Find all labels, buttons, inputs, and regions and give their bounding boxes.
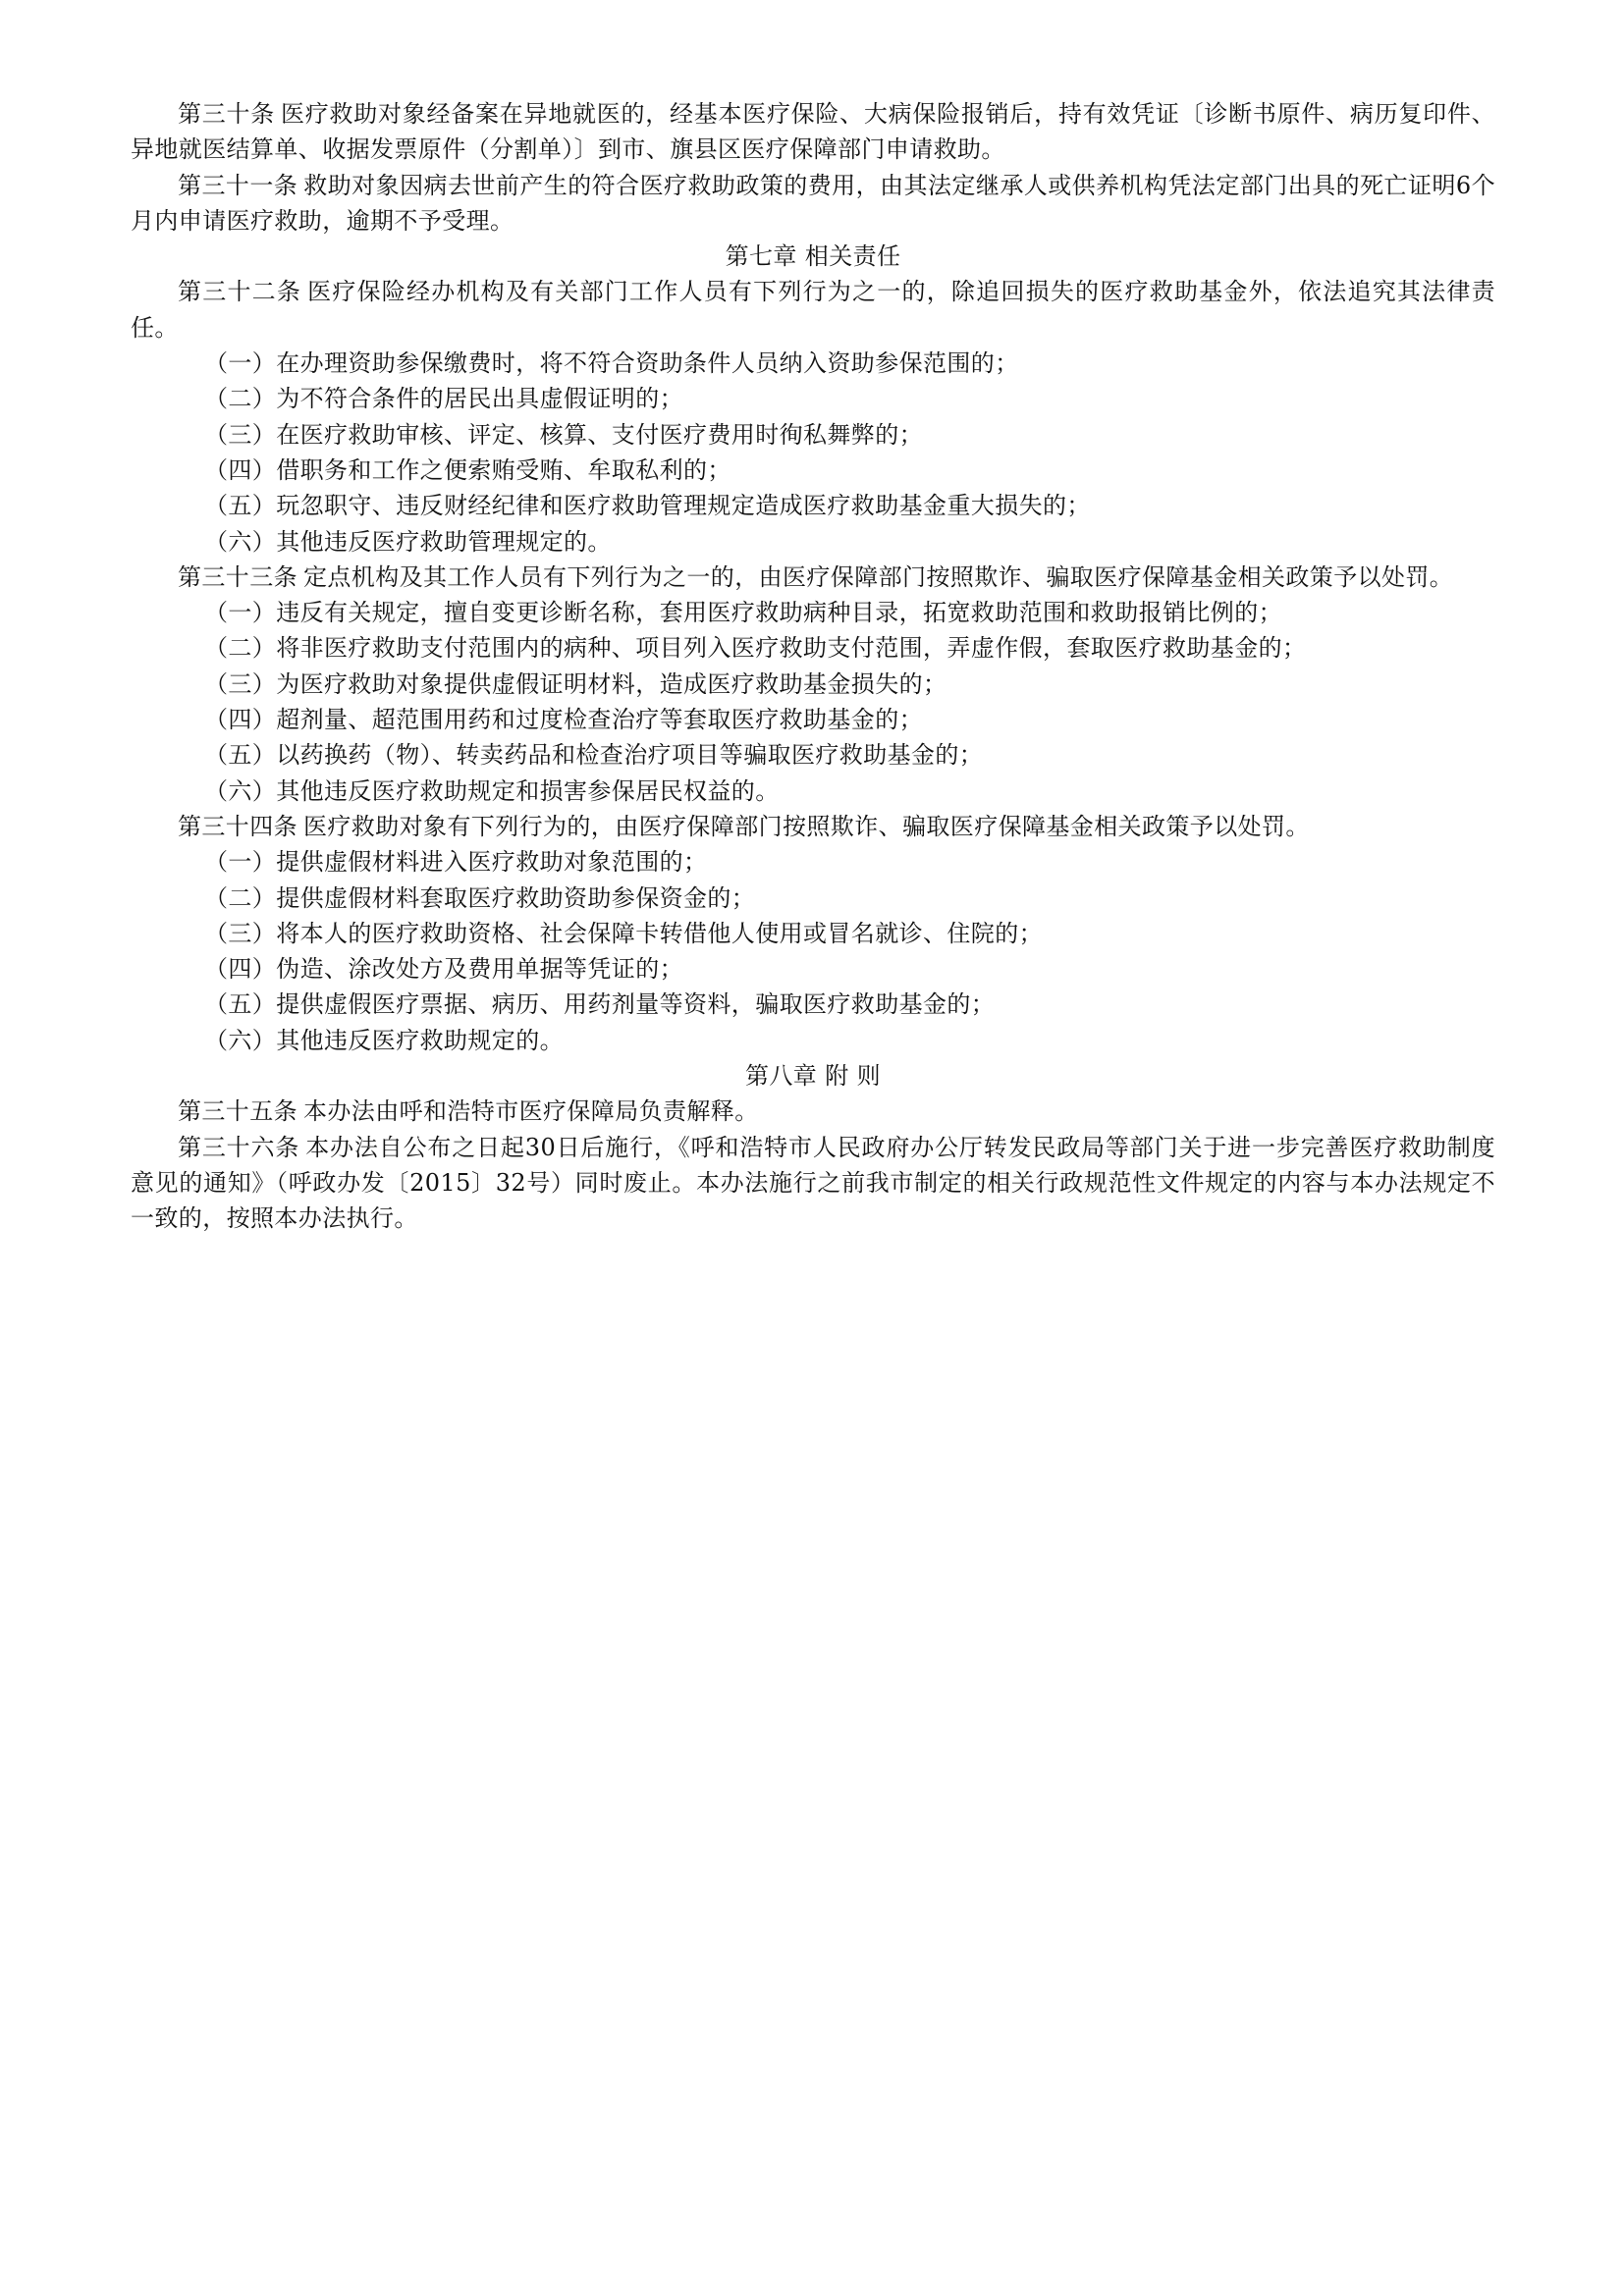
article-text: 本办法由呼和浩特市医疗保障局负责解释。: [303, 1097, 759, 1125]
list-item: （一）在办理资助参保缴费时，将不符合资助条件人员纳入资助参保范围的；: [131, 346, 1495, 381]
list-item: （一）违反有关规定，擅自变更诊断名称，套用医疗救助病种目录，拓宽救助范围和救助报…: [131, 595, 1495, 630]
list-item: （六）其他违反医疗救助管理规定的。: [131, 524, 1495, 560]
article-text: 医疗救助对象有下列行为的，由医疗保障部门按照欺诈、骗取医疗保障基金相关政策予以处…: [303, 813, 1310, 840]
article-30: 第三十条医疗救助对象经备案在异地就医的，经基本医疗保险、大病保险报销后，持有效凭…: [131, 96, 1495, 168]
list-item: （二）将非医疗救助支付范围内的病种、项目列入医疗救助支付范围，弄虚作假，套取医疗…: [131, 630, 1495, 666]
article-number: 第三十条: [178, 100, 275, 128]
list-item: （四）超剂量、超范围用药和过度检查治疗等套取医疗救助基金的；: [131, 702, 1495, 737]
article-text: 医疗救助对象经备案在异地就医的，经基本医疗保险、大病保险报销后，持有效凭证〔诊断…: [131, 100, 1495, 163]
article-31: 第三十一条救助对象因病去世前产生的符合医疗救助政策的费用，由其法定继承人或供养机…: [131, 168, 1495, 240]
article-text: 本办法自公布之日起30日后施行，《呼和浩特市人民政府办公厅转发民政局等部门关于进…: [131, 1134, 1495, 1233]
chapter-8-heading: 第八章 附 则: [131, 1058, 1495, 1094]
list-item: （三）为医疗救助对象提供虚假证明材料，造成医疗救助基金损失的；: [131, 667, 1495, 702]
list-item: （五）以药换药（物）、转卖药品和检查治疗项目等骗取医疗救助基金的；: [131, 737, 1495, 773]
article-34: 第三十四条医疗救助对象有下列行为的，由医疗保障部门按照欺诈、骗取医疗保障基金相关…: [131, 809, 1495, 844]
document-page: 第三十条医疗救助对象经备案在异地就医的，经基本医疗保险、大病保险报销后，持有效凭…: [131, 96, 1495, 1237]
article-number: 第三十四条: [178, 813, 298, 840]
list-item: （三）将本人的医疗救助资格、社会保障卡转借他人使用或冒名就诊、住院的；: [131, 916, 1495, 951]
article-number: 第三十五条: [178, 1097, 298, 1125]
list-item: （二）为不符合条件的居民出具虚假证明的；: [131, 381, 1495, 416]
article-32: 第三十二条医疗保险经办机构及有关部门工作人员有下列行为之一的，除追回损失的医疗救…: [131, 274, 1495, 346]
article-number: 第三十二条: [178, 278, 301, 305]
list-item: （一）提供虚假材料进入医疗救助对象范围的；: [131, 844, 1495, 880]
list-item: （六）其他违反医疗救助规定的。: [131, 1023, 1495, 1058]
article-number: 第三十三条: [178, 563, 298, 591]
article-33: 第三十三条定点机构及其工作人员有下列行为之一的，由医疗保障部门按照欺诈、骗取医疗…: [131, 560, 1495, 595]
list-item: （六）其他违反医疗救助规定和损害参保居民权益的。: [131, 774, 1495, 809]
chapter-7-heading: 第七章 相关责任: [131, 239, 1495, 274]
list-item: （四）借职务和工作之便索贿受贿、牟取私利的；: [131, 453, 1495, 488]
article-text: 救助对象因病去世前产生的符合医疗救助政策的费用，由其法定继承人或供养机构凭法定部…: [131, 172, 1495, 235]
article-text: 医疗保险经办机构及有关部门工作人员有下列行为之一的，除追回损失的医疗救助基金外，…: [131, 278, 1495, 341]
list-item: （三）在医疗救助审核、评定、核算、支付医疗费用时徇私舞弊的；: [131, 417, 1495, 453]
article-number: 第三十六条: [178, 1134, 299, 1161]
list-item: （四）伪造、涂改处方及费用单据等凭证的；: [131, 951, 1495, 987]
list-item: （五）提供虚假医疗票据、病历、用药剂量等资料，骗取医疗救助基金的；: [131, 987, 1495, 1022]
list-item: （五）玩忽职守、违反财经纪律和医疗救助管理规定造成医疗救助基金重大损失的；: [131, 488, 1495, 523]
article-number: 第三十一条: [178, 172, 298, 199]
article-36: 第三十六条本办法自公布之日起30日后施行，《呼和浩特市人民政府办公厅转发民政局等…: [131, 1130, 1495, 1237]
article-text: 定点机构及其工作人员有下列行为之一的，由医疗保障部门按照欺诈、骗取医疗保障基金相…: [303, 563, 1453, 591]
article-35: 第三十五条本办法由呼和浩特市医疗保障局负责解释。: [131, 1094, 1495, 1129]
list-item: （二）提供虚假材料套取医疗救助资助参保资金的；: [131, 881, 1495, 916]
